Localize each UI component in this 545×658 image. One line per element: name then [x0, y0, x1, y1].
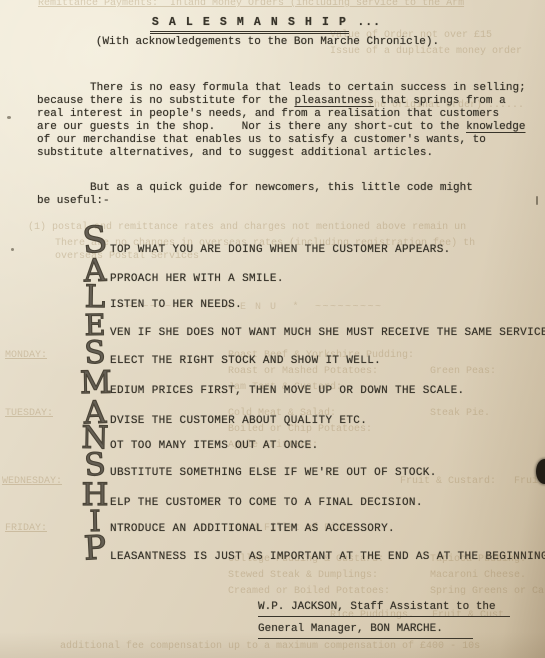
paragraph-line: are our guests in the shop. Nor is there…	[37, 121, 526, 134]
acrostic-initial-letter: P	[79, 534, 110, 562]
acrostic-text: OT TOO MANY ITEMS OUT AT ONCE.	[110, 440, 319, 452]
acrostic-row: MEDIUM PRICES FIRST, THEN MOVE UP OR DOW…	[80, 370, 465, 397]
paragraph-line: of our merchandise that enables us to sa…	[37, 134, 526, 147]
guide-paragraph: But as a quick guide for newcomers, this…	[37, 182, 473, 208]
scanned-document-page: Remittance Payments: Inland Money Orders…	[0, 0, 545, 658]
paragraph-text: that springs from a	[374, 95, 506, 107]
paragraph-text: because there is no substitute for the	[37, 95, 294, 107]
acrostic-text: UBSTITUTE SOMETHING ELSE IF WE'RE OUT OF…	[110, 467, 437, 479]
acrostic-text: LEASANTNESS IS JUST AS IMPORTANT AT THE …	[110, 551, 545, 563]
paragraph-text: are our guests in the shop. Nor is there…	[37, 121, 466, 133]
acrostic-row: INTRODUCE AN ADDITIONAL ITEM AS ACCESSOR…	[80, 508, 395, 535]
acrostic-row: APPROACH HER WITH A SMILE.	[80, 258, 284, 285]
acrostic-row: HELP THE CUSTOMER TO COME TO A FINAL DEC…	[80, 482, 423, 509]
acrostic-text: ELECT THE RIGHT STOCK AND SHOW IT WELL.	[110, 355, 381, 367]
acrostic-row: PLEASANTNESS IS JUST AS IMPORTANT AT THE…	[80, 535, 545, 563]
paragraph-line: be useful:-	[37, 195, 473, 208]
page-title: S A L E S M A N S H I P ...	[0, 12, 531, 34]
signature-line-1: W.P. JACKSON, Staff Assistant to the	[258, 601, 510, 617]
acrostic-initial-letter: S	[79, 339, 110, 367]
title-dots: ...	[349, 16, 381, 29]
acrostic-row: NOT TOO MANY ITEMS OUT AT ONCE.	[80, 425, 319, 452]
acrostic-row: STOP WHAT YOU ARE DOING WHEN THE CUSTOME…	[80, 228, 451, 256]
underlined-word: knowledge	[466, 121, 525, 133]
acrostic-text: ISTEN TO HER NEEDS.	[110, 299, 242, 311]
paragraph-line: substitute alternatives, and to suggest …	[37, 147, 526, 160]
paragraph-line: But as a quick guide for newcomers, this…	[37, 182, 473, 195]
acrostic-text: TOP WHAT YOU ARE DOING WHEN THE CUSTOMER…	[110, 244, 451, 256]
acrostic-text: EDIUM PRICES FIRST, THEN MOVE UP OR DOWN…	[110, 385, 465, 397]
intro-paragraph: There is no easy formula that leads to c…	[37, 82, 526, 159]
acrostic-row: SUBSTITUTE SOMETHING ELSE IF WE'RE OUT O…	[80, 452, 437, 479]
acrostic-row: SELECT THE RIGHT STOCK AND SHOW IT WELL.	[80, 340, 381, 367]
paragraph-line: because there is no substitute for the p…	[37, 95, 526, 108]
signature-line-2: General Manager, BON MARCHE.	[258, 623, 473, 639]
acrostic-initial-letter: L	[80, 284, 110, 311]
underlined-word: pleasantness	[294, 95, 373, 107]
paragraph-line: There is no easy formula that leads to c…	[37, 82, 526, 95]
acrostic-text: NTRODUCE AN ADDITIONAL ITEM AS ACCESSORY…	[110, 523, 395, 535]
acrostic-row: EVEN IF SHE DOES NOT WANT MUCH SHE MUST …	[80, 312, 545, 339]
acrostic-text: VEN IF SHE DOES NOT WANT MUCH SHE MUST R…	[110, 327, 545, 339]
title-word: S A L E S M A N S H I P	[150, 16, 350, 34]
subtitle: (With acknowledgements to the Bon Marche…	[0, 36, 535, 48]
acrostic-row: ADVISE THE CUSTOMER ABOUT QUALITY ETC.	[80, 400, 367, 427]
acrostic-initial-letter: S	[79, 451, 111, 479]
acrostic-initial-letter: S	[79, 227, 111, 256]
signature-block: W.P. JACKSON, Staff Assistant to the Gen…	[258, 601, 510, 645]
acrostic-initial-letter: M	[80, 370, 110, 397]
paragraph-line: real interest in people's needs, and fro…	[37, 108, 526, 121]
